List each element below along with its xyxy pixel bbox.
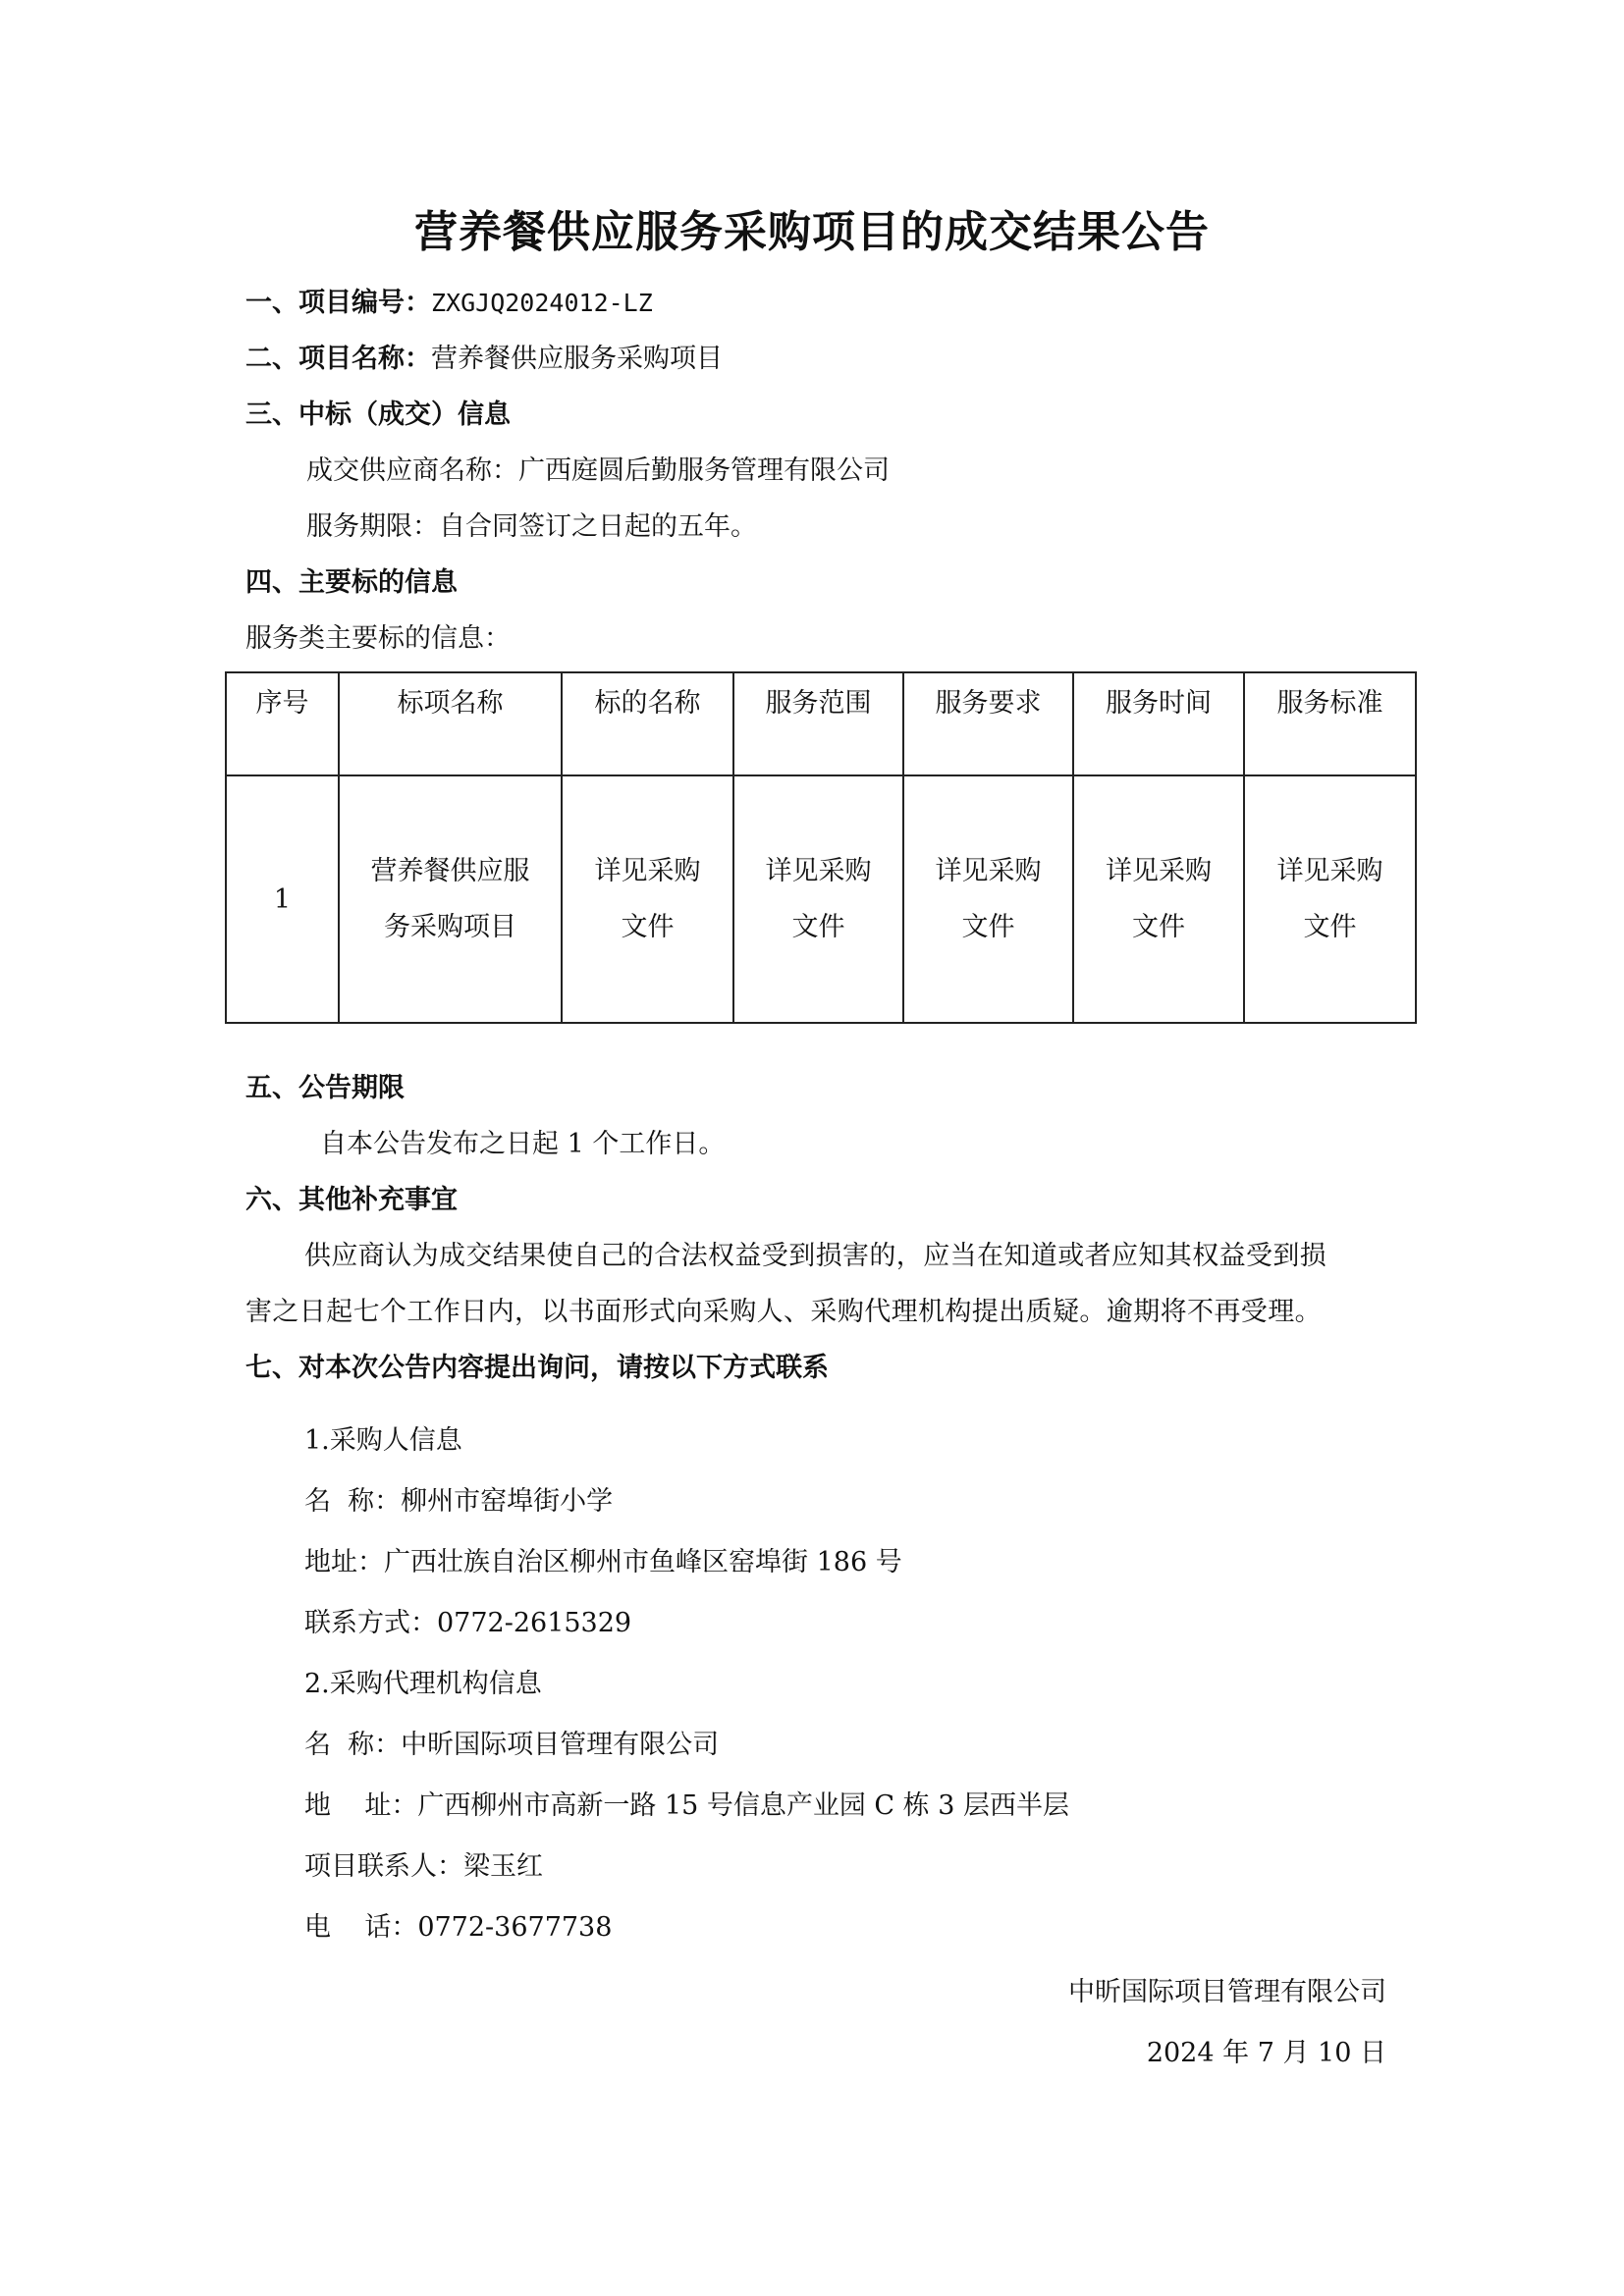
section-project-name: 二、项目名称：营养餐供应服务采购项目: [245, 343, 723, 376]
announcement-period-text: 自本公告发布之日起 1 个工作日。: [320, 1128, 725, 1161]
cell-item-name-line2: 务采购项目: [350, 899, 551, 955]
purchaser-heading: 1.采购人信息: [304, 1424, 462, 1458]
section-5-heading: 五、公告期限: [245, 1072, 405, 1105]
section-1-label: 一、项目编号：: [245, 288, 431, 318]
table-row: 1 营养餐供应服 务采购项目 详见采购 文件 详见采购 文件 详见采购 文件 详…: [226, 775, 1416, 1023]
subject-info-table: 序号 标项名称 标的名称 服务范围 服务要求 服务时间 服务标准 1 营养餐供应…: [225, 671, 1417, 1024]
purchaser-name: 名 称：柳州市窑埠街小学: [304, 1485, 613, 1519]
cell-item-name: 营养餐供应服 务采购项目: [339, 775, 562, 1023]
signature-date: 2024 年 7 月 10 日: [1147, 2037, 1386, 2070]
header-cell-item-name: 标项名称: [339, 672, 562, 775]
agency-contact-person: 项目联系人：梁玉红: [304, 1850, 543, 1884]
cell-no: 1: [226, 775, 339, 1023]
cell-service-scope: 详见采购 文件: [733, 775, 903, 1023]
header-cell-service-time: 服务时间: [1073, 672, 1244, 775]
section-project-number: 一、项目编号：ZXGJQ2024012-LZ: [245, 287, 653, 320]
cell-text-line1: 详见采购: [1084, 843, 1233, 899]
cell-item-name-line1: 营养餐供应服: [350, 843, 551, 899]
cell-service-standard: 详见采购 文件: [1244, 775, 1416, 1023]
cell-text-line1: 详见采购: [914, 843, 1062, 899]
section-6-heading: 六、其他补充事宜: [245, 1184, 458, 1217]
supplier-name: 成交供应商名称：广西庭圆后勤服务管理有限公司: [306, 454, 890, 488]
cell-service-requirement: 详见采购 文件: [903, 775, 1073, 1023]
agency-phone: 电 话：0772-3677738: [304, 1911, 612, 1945]
cell-text-line2: 文件: [1084, 899, 1233, 955]
cell-text-line2: 文件: [572, 899, 723, 955]
cell-text-line2: 文件: [914, 899, 1062, 955]
header-cell-no: 序号: [226, 672, 339, 775]
section-3-heading: 三、中标（成交）信息: [245, 399, 511, 432]
cell-subject-name: 详见采购 文件: [562, 775, 733, 1023]
header-cell-service-scope: 服务范围: [733, 672, 903, 775]
service-term: 服务期限：自合同签订之日起的五年。: [306, 510, 757, 544]
project-number-value: ZXGJQ2024012-LZ: [431, 289, 653, 317]
section-2-label: 二、项目名称：: [245, 344, 431, 374]
cell-service-time: 详见采购 文件: [1073, 775, 1244, 1023]
project-name-value: 营养餐供应服务采购项目: [431, 344, 723, 374]
header-cell-subject-name: 标的名称: [562, 672, 733, 775]
supplementary-text-line1: 供应商认为成交结果使自己的合法权益受到损害的，应当在知道或者应知其权益受到损: [304, 1240, 1326, 1273]
agency-heading: 2.采购代理机构信息: [304, 1668, 542, 1701]
table-intro: 服务类主要标的信息：: [245, 622, 511, 656]
cell-text-line2: 文件: [744, 899, 893, 955]
supplementary-text-line2: 害之日起七个工作日内，以书面形式向采购人、采购代理机构提出质疑。逾期将不再受理。: [245, 1296, 1322, 1329]
signature-org: 中昕国际项目管理有限公司: [1068, 1976, 1386, 2009]
cell-text-line1: 详见采购: [744, 843, 893, 899]
cell-text-line1: 详见采购: [1255, 843, 1405, 899]
header-cell-service-standard: 服务标准: [1244, 672, 1416, 775]
table-header-row: 序号 标项名称 标的名称 服务范围 服务要求 服务时间 服务标准: [226, 672, 1416, 775]
purchaser-contact: 联系方式：0772-2615329: [304, 1607, 631, 1640]
document-title: 营养餐供应服务采购项目的成交结果公告: [0, 196, 1624, 259]
agency-address: 地 址：广西柳州市高新一路 15 号信息产业园 C 栋 3 层西半层: [304, 1789, 1069, 1823]
header-cell-service-requirement: 服务要求: [903, 672, 1073, 775]
purchaser-address: 地址：广西壮族自治区柳州市鱼峰区窑埠街 186 号: [304, 1546, 902, 1579]
section-7-heading: 七、对本次公告内容提出询问，请按以下方式联系: [245, 1352, 829, 1385]
section-4-heading: 四、主要标的信息: [245, 566, 458, 600]
cell-text-line1: 详见采购: [572, 843, 723, 899]
cell-text-line2: 文件: [1255, 899, 1405, 955]
agency-name: 名 称：中昕国际项目管理有限公司: [304, 1729, 719, 1762]
